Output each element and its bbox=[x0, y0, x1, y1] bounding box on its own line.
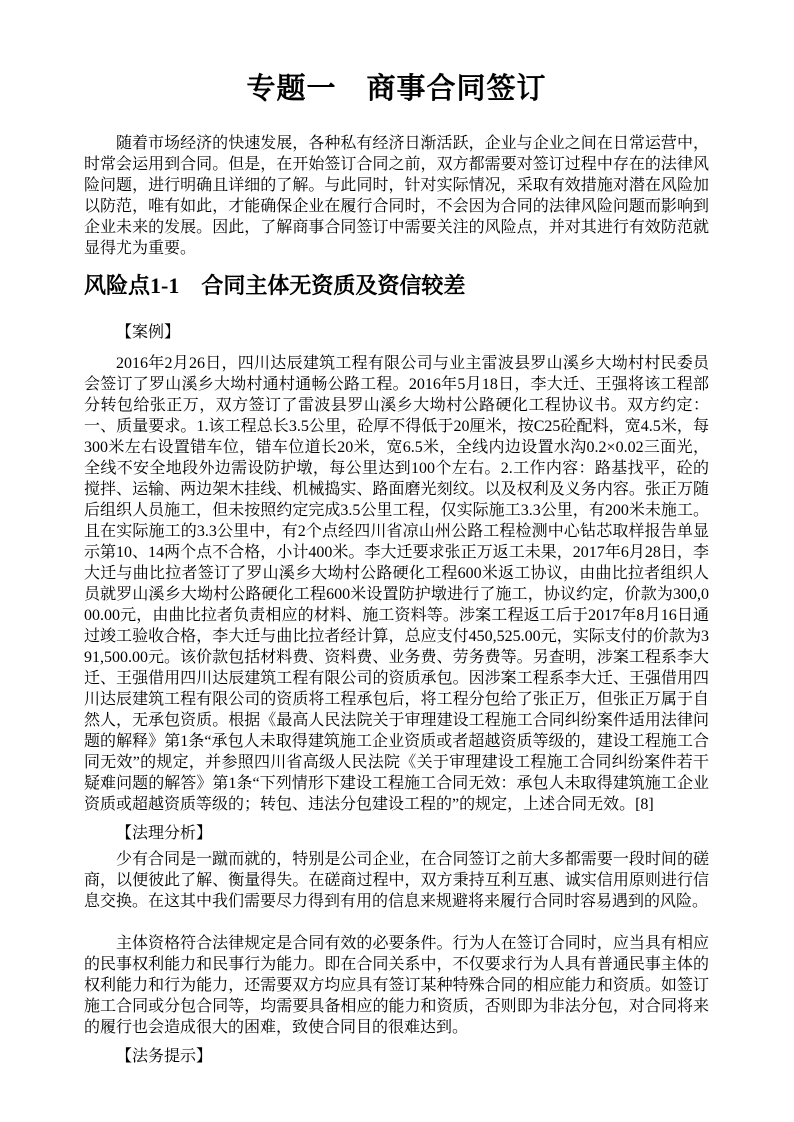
risk-point-heading: 风险点1-1 合同主体无资质及资信较差 bbox=[84, 272, 709, 299]
intro-paragraph: 随着市场经济的快速发展，各种私有经济日渐活跃，企业与企业之间在日常运营中，时常会… bbox=[84, 133, 709, 259]
legal-analysis-section-label: 【法理分析】 bbox=[84, 823, 709, 844]
legal-tips-section-label: 【法务提示】 bbox=[84, 1046, 709, 1067]
document-page: 专题一 商事合同签订 随着市场经济的快速发展，各种私有经济日渐活跃，企业与企业之… bbox=[0, 0, 794, 1122]
case-section-label: 【案例】 bbox=[84, 322, 709, 343]
case-paragraph: 2016年2月26日，四川达辰建筑工程有限公司与业主雷波县罗山溪乡大坳村村民委员… bbox=[84, 353, 709, 815]
legal-analysis-paragraph-2: 主体资格符合法律规定是合同有效的必要条件。行为人在签订合同时，应当具有相应的民事… bbox=[84, 933, 709, 1038]
page-title: 专题一 商事合同签订 bbox=[84, 72, 709, 107]
legal-analysis-paragraph-1: 少有合同是一蹴而就的，特别是公司企业，在合同签订之前大多都需要一段时间的磋商，以… bbox=[84, 849, 709, 912]
